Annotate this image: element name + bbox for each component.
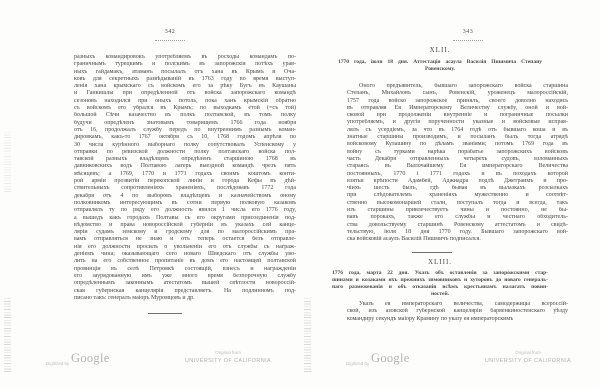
- original-from-label: Original from: [188, 350, 268, 355]
- text-line: ственно высокомонаршей стали, поступалъ …: [347, 200, 568, 207]
- document-caption-xlii: 1770 года, іюля 18 дня. Аттестація асаул…: [338, 59, 542, 73]
- text-line: взятьи крѣпости Адамбей, Аджиадра подлѣ …: [347, 178, 568, 185]
- text-line: 1776 года, марта 22 дня. Указъ объ остав…: [332, 270, 548, 277]
- text-line: ствительныхъ сопротивленіяхъ храненіяхъ,…: [74, 185, 296, 192]
- text-line: въ отправляя Ея Императорскому Величеств…: [347, 105, 568, 112]
- original-from-label: Original from: [488, 350, 568, 355]
- google-logo: Google: [71, 351, 110, 366]
- text-line: тавской разныхъ владѣлцевъ опредѣленъ ст…: [74, 156, 296, 163]
- text-line: давниковскихъ водъ Полтавою лагерь выезд…: [74, 163, 296, 170]
- text-line: вавъ порокахъ, также его службы и честна…: [347, 214, 568, 221]
- section-heading-xliii: XLIII.: [340, 258, 540, 266]
- text-line: и Ганкишлы при опредѣленной отъ войска з…: [74, 90, 296, 97]
- page-number-rule: [453, 40, 483, 41]
- section-heading-xlii: XLII.: [340, 46, 540, 54]
- text-line: часть Декабря отправленныхъ четырехъ суд…: [347, 156, 568, 163]
- text-line: ска войсковій асаулъ Василій Пишмичъ под…: [347, 236, 568, 243]
- text-line: ковъ для секретныхъ развѣдываній въ 1763…: [74, 76, 296, 83]
- text-line: ской, изъ азовской губернской канцеляріи…: [347, 308, 568, 315]
- text-line: полковникомъ интересующимъ въ сотни перв…: [74, 200, 296, 207]
- text-line: вѣдомство и права новороссійской губерні…: [74, 222, 296, 229]
- text-line: чіихъ шесть былъ, гдѣ бывая въ вылазкахъ…: [347, 185, 568, 192]
- text-line: мѣсяцевъ; а 1769, 1770 и 1771 годахъ сво…: [74, 171, 296, 178]
- text-line: Указъ ея императорскаго величества, само…: [347, 301, 568, 308]
- page-left: 342 разныхъ командировокъ употребляемъ в…: [0, 0, 300, 388]
- document-caption-xliii: 1776 года, марта 22 дня. Указъ объ остав…: [332, 270, 548, 298]
- text-line: отправлялъ ту по ряду его должность явил…: [74, 207, 296, 214]
- text-line: стараясь въ Вылочайшему Ея императорскаг…: [347, 163, 568, 170]
- text-line: наго размежеванія и объ отказаніи всѣмъ …: [332, 284, 548, 291]
- book-scan-spread: 342 разныхъ командировокъ употребляемъ в…: [0, 0, 600, 388]
- text-line: ства довольствуему старшинѣ Ровенскому а…: [347, 222, 568, 229]
- text-line: употребляемъ, и другія порученности указ…: [347, 119, 568, 126]
- text-line: будучи опредѣленъ знатовымъ товарищемъ 1…: [74, 120, 296, 127]
- text-line: Оного предъявитель, бывшаго запорожскаго…: [347, 83, 568, 90]
- document-text-xlii: Оного предъявитель, бывшаго запорожскаго…: [347, 83, 568, 244]
- text-line: декабря отъ 4 по выборовъ владѣлцевъ и к…: [74, 193, 296, 200]
- text-line: деніемъ чина; оказывающаго сего новаго Ш…: [74, 251, 296, 258]
- library-stamp: UNIVERSITY OF CALIFORNIA: [478, 358, 578, 364]
- text-line: командиру секундъ маіору Крамину по указ…: [347, 316, 568, 323]
- text-line: ская губернская канцелярія представляетъ…: [74, 288, 296, 295]
- text-line: рой арміи прозвитіи перекопской линіи и …: [74, 178, 296, 185]
- text-line: его заурядованную имъ уже много время бе…: [74, 273, 296, 280]
- page-number-rule: [155, 40, 185, 41]
- section-divider-rule: [148, 313, 182, 314]
- text-line: при слѣдователемъ храненіяхъ мужественно…: [347, 192, 568, 199]
- library-stamp: UNIVERSITY OF CALIFORNIA: [178, 358, 278, 364]
- text-line: лить на его собственное пропитаніе въ до…: [74, 258, 296, 265]
- text-line: сковой при продолженіи внутренніе и погр…: [347, 112, 568, 119]
- text-line: 1757 года войско запорожское принялъ, св…: [347, 98, 568, 105]
- text-line: 1770 года, іюля 18 дня. Аттестація асаул…: [338, 59, 542, 66]
- text-line: опредѣленнымъ законнымъ атестатомъ вышей…: [74, 280, 296, 287]
- text-line: провинціи въ селѣ Петровкѣ состоящій, вз…: [74, 266, 296, 273]
- text-line: ностей.: [332, 291, 548, 298]
- page-number: 342: [150, 29, 190, 35]
- text-line: Степанъ, Михайловъ сынъ, Ровенскій, урож…: [347, 90, 568, 97]
- text-line: знатные старшины производимъ, и посыланъ…: [347, 134, 568, 141]
- text-line: нія его должности просилъ о увольненіи е…: [74, 244, 296, 251]
- scan-edge-artifact: [4, 298, 11, 372]
- text-line: писано такъ: генералъ маіоръ Муромцовъ и…: [74, 295, 296, 302]
- text-line: лялъ съ усердіемъ, за что въ 1764 годѣ о…: [347, 127, 568, 134]
- google-logo: Google: [371, 351, 410, 366]
- text-line: 30 числа курѣнного выборнаго полку сопут…: [74, 142, 296, 149]
- left-page-paragraph: разныхъ командировокъ употребляемъ въ ро…: [74, 54, 296, 302]
- text-line: а вышедъ какъ городахъ Полтавы съ его ок…: [74, 215, 296, 222]
- scan-edge-artifact: [304, 298, 311, 372]
- document-text-xliii: Указъ ея императорскаго величества, само…: [347, 301, 568, 323]
- section-divider-rule: [412, 252, 452, 253]
- text-line: вамъ отправляться не знаю и отъ теперь о…: [74, 236, 296, 243]
- text-line: войсковому Кулашину по дѣламъ званіями; …: [347, 141, 568, 148]
- text-line: отправки по ревизской должности полку по…: [74, 149, 296, 156]
- text-line: изъ старшины привлечествуетъ чины и пост…: [347, 207, 568, 214]
- text-line: съ войскомъ его убрался въ Крымъ; по вых…: [74, 105, 296, 112]
- text-line: Ровенскому.: [338, 66, 542, 73]
- text-line: ляріи судамъ земскому и гродскому для по…: [74, 229, 296, 236]
- text-line: сезоновъ находился при оныхъ потоль, пок…: [74, 98, 296, 105]
- text-line: постоянныхъ, 1770 і 1771 годахъ и въ пох…: [347, 171, 568, 178]
- text-line: отъ 16, продолжалъ службу передъ по внут…: [74, 127, 296, 134]
- text-line: ленія хана крымскаго съ войскомъ его за …: [74, 83, 296, 90]
- text-line: тельствую, іюля 18 дня 1770 году. Бывшаг…: [347, 229, 568, 236]
- text-line: войну съ турками нарѣка порабатье запоро…: [347, 149, 568, 156]
- digitized-by-label: Digitized by: [46, 361, 69, 366]
- page-right: 343 XLII. 1770 года, іюля 18 дня. Аттест…: [300, 0, 600, 388]
- text-line: дировкамъ, какъ-то 1767 октября съ 10, 1…: [74, 134, 296, 141]
- digitized-by-label: Digitized by: [346, 361, 369, 366]
- scan-edge-artifact: [4, 132, 11, 192]
- text-line: большой Сѣчи казачество въ полкъ полтавс…: [74, 112, 296, 119]
- text-line: ныхъ гайдамакъ, атаманъ посылалъ отъ хан…: [74, 69, 296, 76]
- page-number: 343: [448, 29, 488, 35]
- text-line: шинами и козаками ихъ прежнихъ зимовнико…: [332, 277, 548, 284]
- text-line: разныхъ командировокъ употребляемъ въ ро…: [74, 54, 296, 61]
- text-line: граничнымъ турецкимъ и полскимъ въ запор…: [74, 61, 296, 68]
